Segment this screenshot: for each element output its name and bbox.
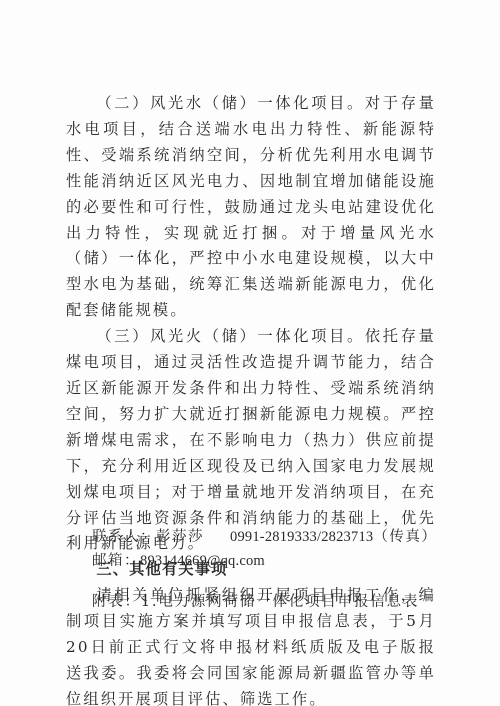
contact-name: 彭莎莎: [156, 529, 204, 545]
contact-person-line: 联系人：彭莎莎0991-2819333/2823713（传真）: [92, 525, 437, 549]
contact-email: 893144669@qq.com: [140, 553, 265, 569]
contact-label: 联系人：: [92, 529, 156, 545]
document-body: （二）风光水（储）一体化项目。对于存量水电项目，结合送端水电出力特性、新能源特性…: [66, 91, 436, 706]
contact-phone: 0991-2819333/2823713: [230, 529, 373, 545]
attachment-note: 附表：1.电力源网荷储一体化项目申报信息表: [92, 590, 419, 611]
document-page: （二）风光水（储）一体化项目。对于存量水电项目，结合送端水电出力特性、新能源特性…: [0, 0, 500, 706]
paragraph-wind-solar-hydro: （二）风光水（储）一体化项目。对于存量水电项目，结合送端水电出力特性、新能源特性…: [66, 91, 436, 324]
page-number: 3: [248, 646, 252, 654]
email-label: 邮箱：: [92, 553, 140, 569]
paragraph-wind-solar-thermal: （三）风光火（储）一体化项目。依托存量煤电项目，通过灵活性改造提升调节能力，结合…: [66, 324, 436, 557]
contact-email-line: 邮箱：893144669@qq.com: [92, 549, 437, 573]
contact-block: 联系人：彭莎莎0991-2819333/2823713（传真） 邮箱：89314…: [92, 525, 437, 573]
fax-note: （传真）: [373, 529, 437, 545]
